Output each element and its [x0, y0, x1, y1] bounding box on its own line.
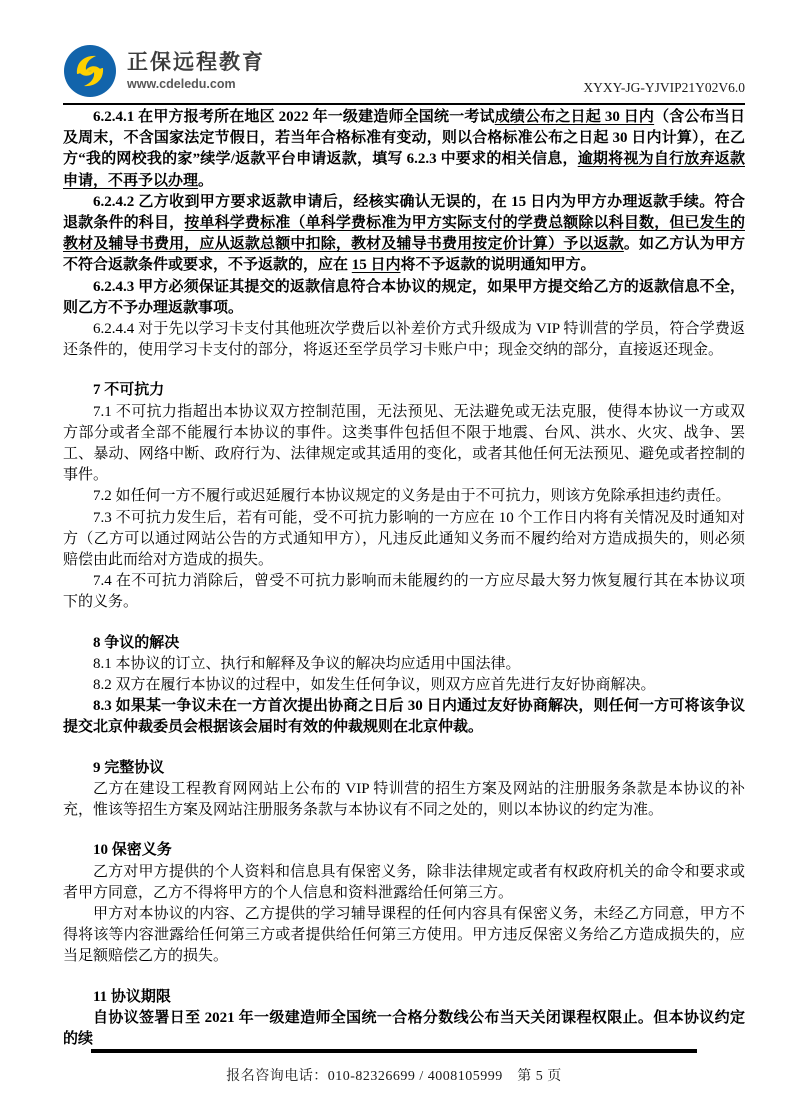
paragraph: 8.1 本协议的订立、执行和解释及争议的解决均应适用中国法律。 — [63, 654, 745, 675]
brand-url: www.cdeledu.com — [127, 77, 265, 91]
text-segment: 8 争议的解决 — [93, 635, 179, 651]
doc-code: XYXY-JG-YJVIP21Y02V6.0 — [583, 80, 745, 98]
brand-logo-icon — [63, 44, 117, 98]
page-header: 正保远程教育 www.cdeledu.com XYXY-JG-YJVIP21Y0… — [63, 44, 745, 98]
section-heading: 9 完整协议 — [63, 758, 745, 779]
section-heading: 8 争议的解决 — [63, 633, 745, 654]
text-segment: 7.2 如任何一方不履行或迟延履行本协议规定的义务是由于不可抗力，则该方免除承担… — [93, 488, 731, 504]
paragraph: 6.2.4.3 甲方必须保证其提交的返款信息符合本协议的规定，如果甲方提交给乙方… — [63, 277, 745, 319]
text-segment: 11 协议期限 — [93, 989, 171, 1005]
paragraph: 7.3 不可抗力发生后，若有可能，受不可抗力影响的一方应在 10 个工作日内将有… — [63, 508, 745, 572]
paragraph: 甲方对本协议的内容、乙方提供的学习辅导课程的任何内容具有保密义务，未经乙方同意，… — [63, 904, 745, 968]
section-heading: 10 保密义务 — [63, 840, 745, 861]
brand: 正保远程教育 www.cdeledu.com — [63, 44, 265, 98]
text-segment: 乙方在建设工程教育网网站上公布的 VIP 特训营的招生方案及网站的注册服务条款是… — [63, 781, 745, 818]
underlined-text: 成绩公布之日起 30 日内 — [495, 109, 654, 125]
paragraph: 乙方对甲方提供的个人资料和信息具有保密义务，除非法律规定或者有权政府机关的命令和… — [63, 862, 745, 904]
text-segment: 乙方对甲方提供的个人资料和信息具有保密义务，除非法律规定或者有权政府机关的命令和… — [63, 864, 745, 901]
paragraph: 7.1 不可抗力指超出本协议双方控制范围，无法预见、无法避免或无法克服，使得本协… — [63, 402, 745, 487]
text-segment: 10 保密义务 — [93, 842, 172, 858]
text-segment: 9 完整协议 — [93, 760, 164, 776]
paragraph: 8.3 如果某一争议未在一方首次提出协商之日后 30 日内通过友好协商解决，则任… — [63, 696, 745, 738]
text-segment: 7.1 不可抗力指超出本协议双方控制范围，无法预见、无法避免或无法克服，使得本协… — [63, 404, 745, 484]
underlined-text: 15 日内 — [352, 257, 401, 273]
page-footer: 报名咨询电话：010-82326699 / 4008105999 第 5 页 — [0, 1049, 788, 1085]
brand-name: 正保远程教育 — [127, 51, 265, 75]
document-page: 正保远程教育 www.cdeledu.com XYXY-JG-YJVIP21Y0… — [0, 0, 788, 1120]
paragraph: 8.2 双方在履行本协议的过程中，如发生任何争议，则双方应首先进行友好协商解决。 — [63, 675, 745, 696]
text-segment: 将不予返款的说明通知甲方。 — [401, 257, 596, 273]
paragraph: 自协议签署日至 2021 年一级建造师全国统一合格分数线公布当天关闭课程权限止。… — [63, 1008, 745, 1050]
paragraph: 乙方在建设工程教育网网站上公布的 VIP 特训营的招生方案及网站的注册服务条款是… — [63, 779, 745, 821]
text-segment: 7.4 在不可抗力消除后，曾受不可抗力影响而未能履约的一方应尽最大努力恢复履行其… — [63, 573, 745, 610]
paragraph: 7.2 如任何一方不履行或迟延履行本协议规定的义务是由于不可抗力，则该方免除承担… — [63, 486, 745, 507]
text-segment: 6.2.4.1 在甲方报考所在地区 2022 年一级建造师全国统一考试 — [93, 109, 495, 125]
paragraph: 7.4 在不可抗力消除后，曾受不可抗力影响而未能履约的一方应尽最大努力恢复履行其… — [63, 571, 745, 613]
text-segment: 8.3 如果某一争议未在一方首次提出协商之日后 30 日内通过友好协商解决，则任… — [63, 698, 745, 735]
footer-divider — [91, 1049, 697, 1053]
text-segment: 自协议签署日至 2021 年一级建造师全国统一合格分数线公布当天关闭课程权限止。… — [63, 1010, 745, 1047]
brand-text: 正保远程教育 www.cdeledu.com — [127, 51, 265, 92]
section-heading: 7 不可抗力 — [63, 380, 745, 401]
text-segment: 7 不可抗力 — [93, 382, 164, 398]
paragraph: 6.2.4.2 乙方收到甲方要求返款申请后，经核实确认无误的，在 15 日内为甲… — [63, 192, 745, 277]
section-heading: 11 协议期限 — [63, 987, 745, 1008]
text-segment: 8.1 本协议的订立、执行和解释及争议的解决均应适用中国法律。 — [93, 656, 521, 672]
paragraph: 6.2.4.4 对于先以学习卡支付其他班次学费后以补差价方式升级成为 VIP 特… — [63, 319, 745, 361]
text-segment: 6.2.4.4 对于先以学习卡支付其他班次学费后以补差价方式升级成为 VIP 特… — [63, 321, 745, 358]
text-segment: 8.2 双方在履行本协议的过程中，如发生任何争议，则双方应首先进行友好协商解决。 — [93, 677, 656, 693]
paragraph: 6.2.4.1 在甲方报考所在地区 2022 年一级建造师全国统一考试成绩公布之… — [63, 107, 745, 192]
text-segment: 甲方对本协议的内容、乙方提供的学习辅导课程的任何内容具有保密义务，未经乙方同意，… — [63, 906, 745, 964]
header-divider — [63, 103, 745, 105]
footer-contact: 报名咨询电话：010-82326699 / 4008105999 第 5 页 — [0, 1065, 788, 1085]
document-body: 6.2.4.1 在甲方报考所在地区 2022 年一级建造师全国统一考试成绩公布之… — [63, 107, 745, 1050]
text-segment: 。 — [198, 173, 213, 189]
text-segment: 6.2.4.3 甲方必须保证其提交的返款信息符合本协议的规定，如果甲方提交给乙方… — [63, 279, 745, 316]
text-segment: 7.3 不可抗力发生后，若有可能，受不可抗力影响的一方应在 10 个工作日内将有… — [63, 510, 745, 568]
